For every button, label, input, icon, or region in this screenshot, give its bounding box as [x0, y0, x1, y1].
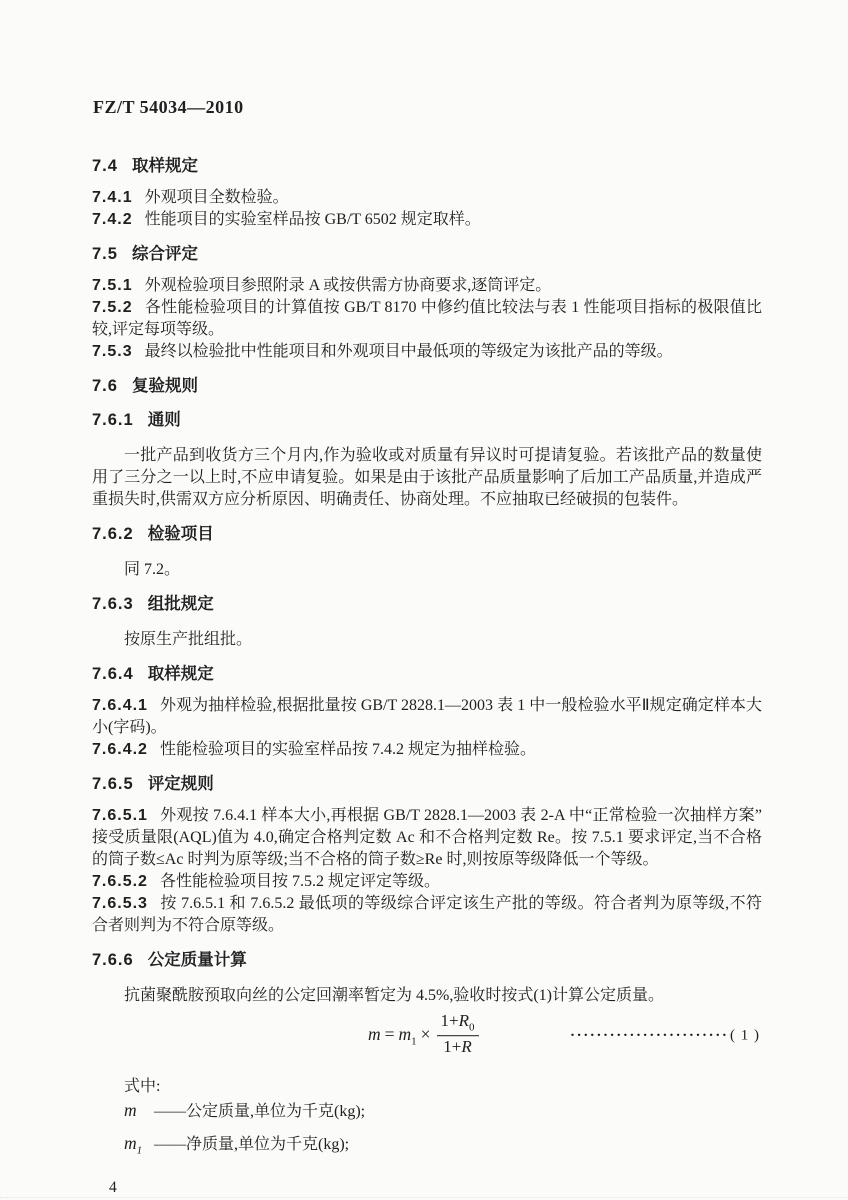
clause-number: 7.6.4.2 [92, 741, 148, 758]
paragraph-conditioned-mass: 抗菌聚酰胺预取向丝的公定回潮率暂定为 4.5%,验收时按式(1)计算公定质量。 [92, 985, 762, 1007]
clause-number: 7.4.2 [92, 211, 133, 228]
clause-7-4-2: 7.4.2性能项目的实验室样品按 GB/T 6502 规定取样。 [92, 209, 762, 231]
clause-number: 7.6.4.1 [92, 697, 148, 714]
section-title: 公定质量计算 [148, 951, 247, 969]
where-label: 式中: [92, 1076, 762, 1098]
section-title: 取样规定 [148, 665, 214, 683]
standard-code: FZ/T 54034—2010 [93, 96, 762, 118]
clause-7-5-2: 7.5.2各性能检验项目的计算值按 GB/T 8170 中修约值比较法与表 1 … [92, 297, 762, 341]
section-title: 通则 [148, 411, 181, 429]
fraction-denominator: 1+R [437, 1036, 479, 1057]
equation-1: m=m1×1+R01+R ···························… [92, 1010, 762, 1062]
section-title: 取样规定 [132, 157, 198, 175]
section-number: 7.6.5 [92, 775, 134, 793]
clause-7-6-5-3: 7.6.5.3按 7.6.5.1 和 7.6.5.2 最低项的等级综合评定该生产… [92, 893, 762, 937]
clause-number: 7.4.1 [92, 189, 133, 206]
fraction: 1+R01+R [437, 1011, 479, 1057]
paragraph-batch-rule: 按原生产批组批。 [92, 629, 762, 651]
section-heading-7-6-2: 7.6.2检验项目 [92, 523, 762, 545]
clause-number: 7.5.2 [92, 299, 133, 316]
denominator-text: 1+ [443, 1037, 461, 1056]
section-title: 综合评定 [132, 245, 198, 263]
var-r: R [461, 1037, 471, 1056]
var-m1: m [399, 1024, 412, 1044]
equals-sign: = [381, 1024, 399, 1044]
def-var-m1-subscript: 1 [137, 1144, 143, 1156]
clause-text: 外观检验项目参照附录 A 或按供需方协商要求,逐筒评定。 [145, 277, 552, 294]
section-number: 7.6.6 [92, 951, 134, 969]
section-heading-7-6-3: 7.6.3组批规定 [92, 593, 762, 615]
section-number: 7.6 [92, 377, 118, 395]
section-number: 7.6.2 [92, 525, 134, 543]
section-title: 组批规定 [148, 595, 214, 613]
paragraph-inspection-items: 同 7.2。 [92, 559, 762, 581]
clause-text: 性能项目的实验室样品按 GB/T 6502 规定取样。 [145, 211, 481, 228]
formula-definition-m: m——公定质量,单位为千克(kg); [124, 1098, 762, 1131]
clause-text: 各性能检验项目的计算值按 GB/T 8170 中修约值比较法与表 1 性能项目指… [92, 299, 762, 338]
section-heading-7-6-6: 7.6.6公定质量计算 [92, 949, 762, 971]
section-heading-7-4: 7.4取样规定 [92, 155, 762, 177]
fraction-numerator: 1+R0 [437, 1011, 479, 1036]
dotted-leader: ········································… [570, 1028, 730, 1045]
clause-text: 外观为抽样检验,根据批量按 GB/T 2828.1—2003 表 1 中一般检验… [92, 697, 762, 736]
clause-7-6-5-1: 7.6.5.1外观按 7.6.4.1 样本大小,再根据 GB/T 2828.1—… [92, 805, 762, 871]
clause-text: 外观按 7.6.4.1 样本大小,再根据 GB/T 2828.1—2003 表 … [92, 807, 762, 868]
equation-number: ( 1 ) [730, 1028, 760, 1044]
document-page: FZ/T 54034—2010 7.4取样规定 7.4.1外观项目全数检验。 7… [0, 0, 848, 1200]
section-heading-7-6-1: 7.6.1通则 [92, 409, 762, 431]
clause-number: 7.6.5.3 [92, 895, 148, 912]
clause-7-6-4-2: 7.6.4.2性能检验项目的实验室样品按 7.4.2 规定为抽样检验。 [92, 739, 762, 761]
section-title: 检验项目 [148, 525, 214, 543]
clause-number: 7.5.3 [92, 343, 133, 360]
formula-definition-m1: m1——净质量,单位为千克(kg); [124, 1131, 762, 1164]
section-heading-7-6: 7.6复验规则 [92, 375, 762, 397]
var-m1-subscript: 1 [411, 1036, 417, 1048]
section-title: 评定规则 [148, 775, 214, 793]
clause-7-6-5-2: 7.6.5.2各性能检验项目按 7.5.2 规定评定等级。 [92, 871, 762, 893]
definition-term: m [124, 1098, 154, 1131]
var-m: m [368, 1024, 381, 1044]
clause-7-5-3: 7.5.3最终以检验批中性能项目和外观项目中最低项的等级定为该批产品的等级。 [92, 341, 762, 363]
clause-number: 7.6.5.2 [92, 873, 148, 890]
section-number: 7.6.4 [92, 665, 134, 683]
clause-text: 最终以检验批中性能项目和外观项目中最低项的等级定为该批产品的等级。 [145, 343, 673, 360]
section-number: 7.4 [92, 157, 118, 175]
clause-number: 7.6.5.1 [92, 807, 148, 824]
paragraph-general-rule: 一批产品到收货方三个月内,作为验收或对质量有异议时可提请复验。若该批产品的数量使… [92, 445, 762, 511]
clause-text: 性能检验项目的实验室样品按 7.4.2 规定为抽样检验。 [160, 741, 536, 758]
clause-7-6-4-1: 7.6.4.1外观为抽样检验,根据批量按 GB/T 2828.1—2003 表 … [92, 695, 762, 739]
clause-text: 外观项目全数检验。 [145, 189, 289, 206]
clause-text: 各性能检验项目按 7.5.2 规定评定等级。 [160, 873, 440, 890]
equation-leader: ········································… [570, 1027, 760, 1044]
var-r0-subscript: 0 [469, 1022, 475, 1034]
definition-desc: ——公定质量,单位为千克(kg); [154, 1103, 365, 1120]
section-heading-7-6-5: 7.6.5评定规则 [92, 773, 762, 795]
section-heading-7-6-4: 7.6.4取样规定 [92, 663, 762, 685]
equation-expression: m=m1×1+R01+R [368, 1013, 479, 1059]
section-number: 7.6.3 [92, 595, 134, 613]
clause-7-4-1: 7.4.1外观项目全数检验。 [92, 187, 762, 209]
section-number: 7.6.1 [92, 411, 134, 429]
definition-term: m1 [124, 1131, 154, 1164]
numerator-text: 1+ [441, 1011, 459, 1030]
var-r0: R [459, 1011, 469, 1030]
clause-text: 按 7.6.5.1 和 7.6.5.2 最低项的等级综合评定该生产批的等级。符合… [92, 895, 762, 934]
definition-desc: ——净质量,单位为千克(kg); [154, 1136, 349, 1153]
def-var-m1: m [124, 1133, 137, 1153]
clause-number: 7.5.1 [92, 277, 133, 294]
def-var-m: m [124, 1100, 137, 1120]
scan-artifact-bottom-edge [0, 1195, 848, 1198]
section-title: 复验规则 [132, 377, 198, 395]
times-sign: × [417, 1024, 435, 1044]
section-heading-7-5: 7.5综合评定 [92, 243, 762, 265]
clause-7-5-1: 7.5.1外观检验项目参照附录 A 或按供需方协商要求,逐筒评定。 [92, 275, 762, 297]
section-number: 7.5 [92, 245, 118, 263]
